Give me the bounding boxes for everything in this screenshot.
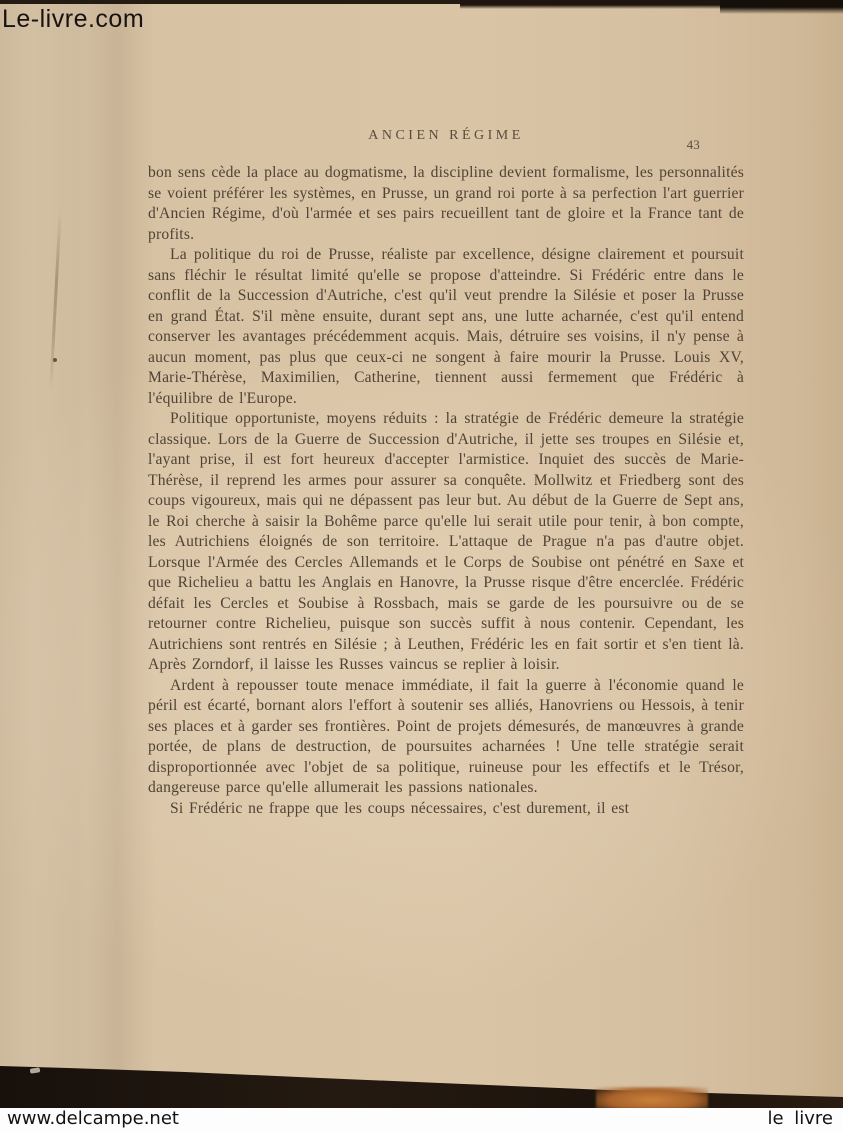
watermark-le-livre: le livre [767, 1108, 833, 1129]
bottom-watermark-strip: www.delcampe.net le livre [0, 1108, 843, 1132]
paragraph: Si Frédéric ne frappe que les coups néce… [148, 799, 744, 820]
photo-bottom-edge-orange-glint [596, 1087, 708, 1109]
watermark-delcampe: www.delcampe.net [7, 1108, 179, 1129]
paragraph: La politique du roi de Prusse, réaliste … [148, 245, 744, 409]
printed-page-content: ANCIEN RÉGIME 43 bon sens cède la place … [148, 128, 744, 819]
page-header-row: ANCIEN RÉGIME 43 [148, 128, 744, 150]
paragraph: Politique opportuniste, moyens réduits :… [148, 409, 744, 676]
paper-crease [49, 210, 61, 390]
watermark-le-livre-com: Le-livre.com [2, 5, 144, 34]
scanned-book-page-photo: ANCIEN RÉGIME 43 bon sens cède la place … [0, 0, 843, 1132]
book-page-photo: ANCIEN RÉGIME 43 bon sens cède la place … [0, 0, 843, 1108]
page-number: 43 [687, 137, 700, 153]
paper-fleck [53, 358, 57, 362]
page-gutter-shadow [86, 0, 156, 1108]
paragraph: Ardent à repousser toute menace immédiat… [148, 676, 744, 799]
paragraph: bon sens cède la place au dogmatisme, la… [148, 163, 744, 245]
photo-top-edge-corner [720, 0, 843, 14]
running-header: ANCIEN RÉGIME [148, 128, 744, 144]
